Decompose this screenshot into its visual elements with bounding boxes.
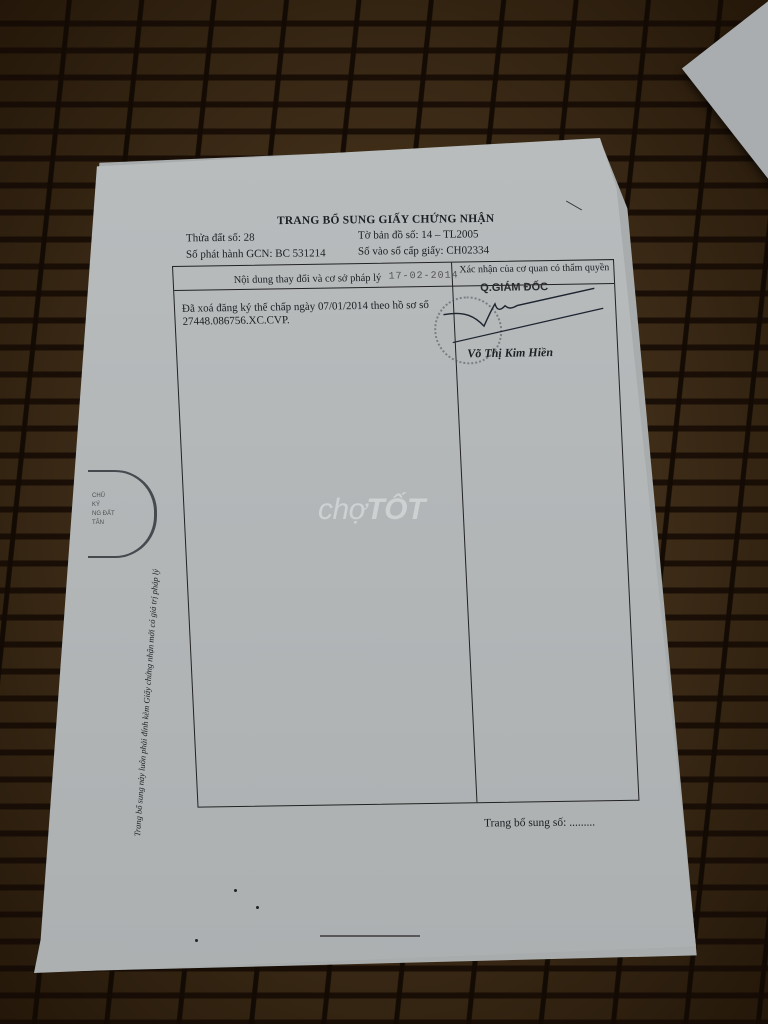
gcn-issue-number: Số phát hành GCN: BC 531214 <box>186 247 326 260</box>
document-title: TRANG BỔ SUNG GIẤY CHỨNG NHẬN <box>277 213 495 227</box>
approver-name: Võ Thị Kim Hiền <box>467 345 553 361</box>
pen-mark <box>566 201 582 211</box>
signature-icon <box>173 260 619 387</box>
parcel-number: Thửa đất số: 28 <box>186 232 255 245</box>
side-legal-note: Trang bổ sung này luôn phải đính kèm Giấ… <box>132 569 161 837</box>
map-sheet-number: Tờ bản đồ số: 14 – TL2005 <box>358 228 479 241</box>
ink-speck <box>234 889 237 892</box>
registry-number: Số vào sổ cấp giấy: CH02334 <box>358 244 489 257</box>
ink-mark <box>320 935 420 937</box>
ink-speck <box>256 906 259 909</box>
ink-speck <box>195 939 198 942</box>
supplement-page-number: Trang bổ sung số: ......... <box>484 817 595 830</box>
side-seal: CHỦ KÝ NG ĐẤT TÂN <box>88 470 157 558</box>
side-seal-text: CHỦ KÝ NG ĐẤT TÂN <box>92 492 115 528</box>
document-content: TRANG BỔ SUNG GIẤY CHỨNG NHẬN Thửa đất s… <box>0 0 768 1024</box>
chotot-watermark: chợTỐT <box>318 493 425 527</box>
changes-table: Nội dung thay đổi và cơ sở pháp lý 17-02… <box>172 259 639 808</box>
